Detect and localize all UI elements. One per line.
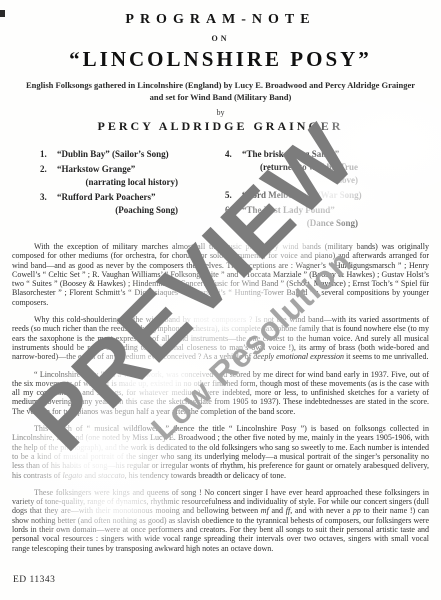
document-content: PROGRAM-NOTE ON “LINCOLNSHIRE POSY” Engl… <box>0 0 441 553</box>
movement-text: “Harkstow Grange”(narrating local histor… <box>57 163 225 189</box>
subtitle-line-1: English Folksongs gathered in Lincolnshi… <box>0 80 441 90</box>
program-note-paragraph: With the exception of military marches a… <box>12 242 429 307</box>
movement-subtitle: (narrating local history) <box>57 176 225 189</box>
movement-item: 6.“The Lost Lady Found”(Dance Song) <box>225 204 403 230</box>
movement-subtitle: (Poaching Song) <box>57 204 225 217</box>
movement-subtitle: (Dance Song) <box>242 217 403 230</box>
movement-text: “The Lost Lady Found”(Dance Song) <box>242 204 403 230</box>
work-title: “LINCOLNSHIRE POSY” <box>0 47 441 72</box>
paragraph-segment: it seems to me unrivalled. <box>344 352 428 361</box>
movement-item: 4.“The brisk young Sailor”(returned to w… <box>225 148 403 187</box>
program-note-paragraph: These folksingers were kings and queens … <box>12 488 429 553</box>
movement-title: “Harkstow Grange” <box>57 163 225 176</box>
movement-item: 1.“Dublin Bay” (Sailor’s Song) <box>40 148 225 161</box>
paragraph-segment: and <box>269 506 286 515</box>
paragraph-segment: , his tendency towards breadth or delica… <box>125 471 286 480</box>
program-note-paragraph: This bunch of “ musical wildflowers ” (h… <box>12 424 429 480</box>
movement-number: 2. <box>40 163 57 189</box>
paragraph-italic-segment: mf <box>261 506 269 515</box>
paragraph-segment: With the exception of military marches a… <box>12 242 429 307</box>
edition-number: ED 11343 <box>13 575 55 585</box>
movement-text: “Rufford Park Poachers”(Poaching Song) <box>57 191 225 217</box>
movement-item: 2.“Harkstow Grange”(narrating local hist… <box>40 163 225 189</box>
subtitle-line-2: and set for Wind Band (Military Band) <box>0 92 441 102</box>
movement-number: 5. <box>225 189 242 202</box>
paragraph-segment: and <box>82 471 98 480</box>
movement-title: “Lord Melbourne” (War Song) <box>242 189 403 202</box>
paragraph-segment: “ Lincolnshire Posy ”, as a whole work, … <box>12 370 429 416</box>
movement-number: 1. <box>40 148 57 161</box>
movement-subtitle: (returned to wed his True Love) <box>242 161 403 187</box>
paragraph-italic-segment: deeply emotional expression <box>253 352 344 361</box>
composer-name: PERCY ALDRIDGE GRAINGER <box>0 119 441 134</box>
byline: by <box>0 108 441 117</box>
movement-title: “Rufford Park Poachers” <box>57 191 225 204</box>
program-note-page: PROGRAM-NOTE ON “LINCOLNSHIRE POSY” Engl… <box>0 0 441 600</box>
movement-list-left: 1.“Dublin Bay” (Sailor’s Song)2.“Harksto… <box>40 148 225 232</box>
movement-title: “The Lost Lady Found” <box>242 204 403 217</box>
movement-number: 3. <box>40 191 57 217</box>
movement-item: 3.“Rufford Park Poachers”(Poaching Song) <box>40 191 225 217</box>
movement-text: “Lord Melbourne” (War Song) <box>242 189 403 202</box>
movement-number: 4. <box>225 148 242 187</box>
program-note-body: With the exception of military marches a… <box>12 242 429 553</box>
movement-number: 6. <box>225 204 242 230</box>
movement-text: “The brisk young Sailor”(returned to wed… <box>242 148 403 187</box>
movement-title: “Dublin Bay” (Sailor’s Song) <box>57 148 225 161</box>
program-note-paragraph: “ Lincolnshire Posy ”, as a whole work, … <box>12 370 429 416</box>
movement-title: “The brisk young Sailor” <box>242 148 403 161</box>
paragraph-italic-segment: staccato <box>98 471 125 480</box>
page-title-on: ON <box>0 34 441 43</box>
movement-text: “Dublin Bay” (Sailor’s Song) <box>57 148 225 161</box>
movement-item: 5.“Lord Melbourne” (War Song) <box>225 189 403 202</box>
program-note-paragraph: Why this cold-shouldering of the wind ba… <box>12 315 429 361</box>
paragraph-italic-segment: legato <box>62 471 82 480</box>
paragraph-italic-segment: pp <box>353 506 361 515</box>
movement-list: 1.“Dublin Bay” (Sailor’s Song)2.“Harksto… <box>40 148 403 232</box>
page-title: PROGRAM-NOTE <box>0 0 441 28</box>
paragraph-segment: , and with never a <box>290 506 353 515</box>
movement-list-right: 4.“The brisk young Sailor”(returned to w… <box>225 148 403 232</box>
